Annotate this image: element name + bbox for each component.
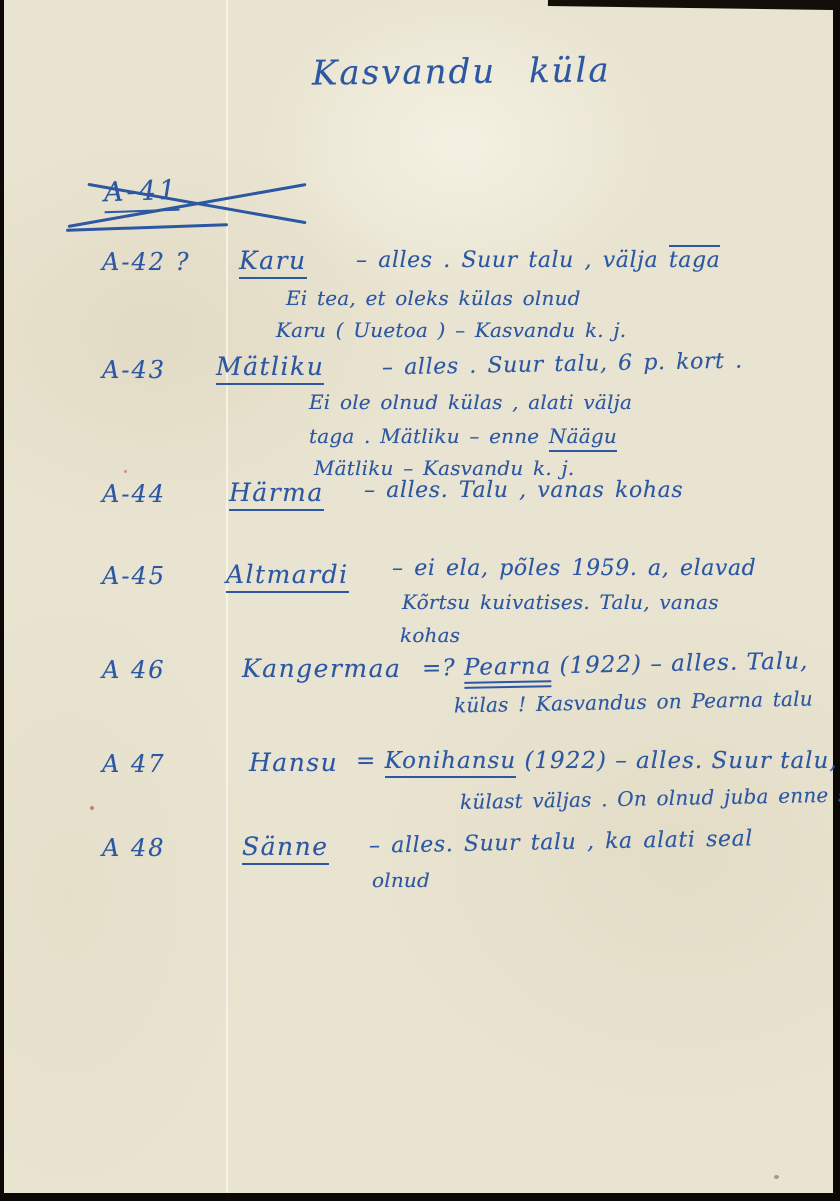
entry-note-line: Ei ole olnud külas , alati välja xyxy=(309,390,632,414)
paper-speck xyxy=(124,470,127,473)
scanned-photo: Kasvandu küla A-41 A-42 ? Karu – alles .… xyxy=(0,0,840,1201)
entry-note-line: kohas xyxy=(400,623,460,647)
double-underlined-name: Pearna xyxy=(464,653,552,689)
farm-name: Sänne xyxy=(242,832,329,865)
paper-speck xyxy=(90,806,94,810)
entry-note-line: külast väljas . On olnud juba enne seal xyxy=(460,782,840,814)
entry-number: A 48 xyxy=(102,834,166,862)
entry-note-line: – alles . Suur talu , välja taga xyxy=(356,248,720,273)
entry-note-line: – ei ela, põles 1959. a, elavad xyxy=(392,556,756,581)
entry-note-line: – alles . Suur talu, 6 p. kort . xyxy=(382,349,743,381)
farm-name: Mätliku xyxy=(216,352,324,385)
farm-name: Hansu xyxy=(249,748,338,777)
farm-name: Härma xyxy=(229,478,324,511)
entry-note-line: – alles. Suur talu , ka alati seal xyxy=(369,826,753,858)
entry-note-line: olnud xyxy=(372,868,430,892)
entry-note-line: Ei tea, et oleks külas olnud xyxy=(286,286,581,310)
entry-note-line: =? Pearna (1922) – alles. Talu, xyxy=(422,648,809,681)
entry-number: A 47 xyxy=(102,750,166,778)
page-title: Kasvandu küla xyxy=(312,50,611,93)
entry-note-line: Mätliku – Kasvandu k. j. xyxy=(314,456,574,480)
entry-number: A-44 xyxy=(102,480,166,508)
entry-number: A 46 xyxy=(102,656,166,684)
entry-note-line: Kõrtsu kuivatises. Talu, vanas xyxy=(402,590,719,614)
underlined-name: Konihansu xyxy=(385,748,517,778)
farm-name: Karu xyxy=(239,246,307,279)
entry-note-line: külas ! Kasvandus on Pearna talu xyxy=(454,687,813,718)
farm-name: Altmardi xyxy=(226,560,349,593)
underline-rule xyxy=(66,223,228,231)
entry-number: A-45 xyxy=(102,562,166,590)
entry-note-line: – alles. Talu , vanas kohas xyxy=(364,478,683,503)
underlined-word: Näägu xyxy=(549,424,617,452)
entry-note-line: taga . Mätliku – enne Näägu xyxy=(309,424,617,448)
farm-name: Kangermaa xyxy=(242,654,401,683)
entry-note-line: Karu ( Uuetoa ) – Kasvandu k. j. xyxy=(276,318,626,342)
overlined-word: taga xyxy=(669,245,721,273)
paper-speck xyxy=(774,1175,779,1179)
entry-number: A-43 xyxy=(102,356,166,384)
entry-number: A-42 ? xyxy=(102,248,190,276)
entry-note-line: = Konihansu (1922) – alles. Suur talu, xyxy=(356,748,838,774)
page-crease-line xyxy=(226,0,228,1193)
notebook-page: Kasvandu küla A-41 A-42 ? Karu – alles .… xyxy=(4,0,833,1193)
